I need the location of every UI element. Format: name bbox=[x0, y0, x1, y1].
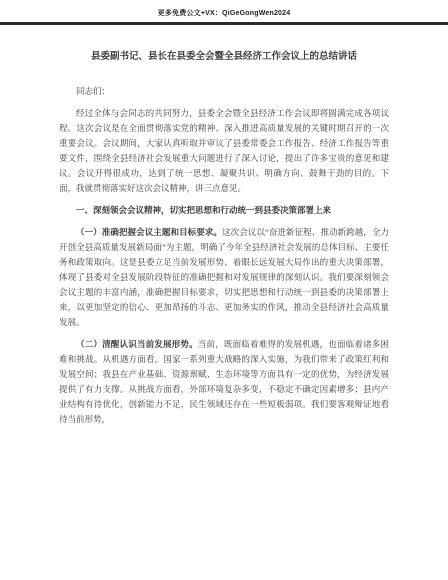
document-title: 县委副书记、县长在县委全会暨全县经济工作会议上的总结讲话 bbox=[59, 51, 389, 64]
point-1-lead: （一）准确把握会议主题和目标要求。 bbox=[76, 227, 222, 237]
point-2-paragraph: （二）清醒认识当前发展形势。当前，既面临着难得的发展机遇，也面临着诸多困难和挑战… bbox=[59, 337, 389, 427]
document-body: 县委副书记、县长在县委全会暨全县经济工作会议上的总结讲话 同志们： 经过全体与会… bbox=[59, 25, 389, 427]
document-page: 更多免费公文+VX：QiGeGongWen2024 县委副书记、县长在县委全会暨… bbox=[0, 0, 448, 580]
promo-banner-text: 更多免费公文+VX：QiGeGongWen2024 bbox=[158, 10, 291, 17]
point-2-text: 当前，既面临着难得的发展机遇，也面临着诸多困难和挑战。从机遇方面看，国家一系列重… bbox=[59, 339, 389, 424]
intro-paragraph: 经过全体与会同志的共同努力，县委全会暨全县经济工作会议即将圆满完成各项议程。这次… bbox=[59, 106, 389, 196]
promo-banner: 更多免费公文+VX：QiGeGongWen2024 bbox=[0, 0, 448, 25]
salutation: 同志们： bbox=[59, 84, 389, 99]
section-heading-1: 一、深刻领会会议精神，切实把思想和行动统一到县委决策部署上来 bbox=[59, 203, 389, 218]
point-1-text: 这次会议以“奋进新征程、推动新跨越，全力开创全县高质量发展新局面”为主题，明确了… bbox=[59, 227, 389, 327]
point-2-lead: （二）清醒认识当前发展形势。 bbox=[76, 339, 198, 349]
point-1-paragraph: （一）准确把握会议主题和目标要求。这次会议以“奋进新征程、推动新跨越，全力开创全… bbox=[59, 225, 389, 330]
